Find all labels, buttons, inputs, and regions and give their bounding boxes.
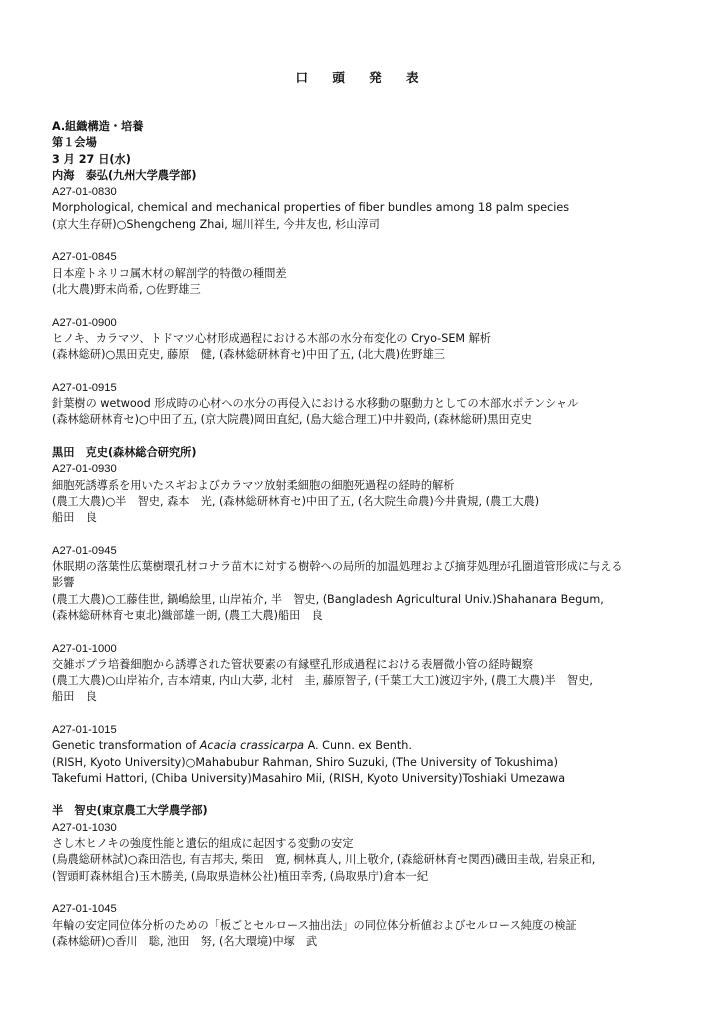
spacer	[52, 706, 692, 722]
presentation-id: A27-01-0900	[52, 315, 692, 331]
presentation-id: A27-01-1045	[52, 901, 692, 917]
species-name: Acacia crassicarpa	[200, 739, 304, 752]
presentation-title: 年輪の安定同位体分析のための「板ごとセルロース抽出法」の同位体分析値およびセルロ…	[52, 918, 692, 934]
session-chair: 黒田 克史(森林総合研究所)	[52, 445, 692, 461]
section-heading: A.組織構造・培養	[52, 119, 692, 135]
presentation-id: A27-01-1030	[52, 820, 692, 836]
spacer	[52, 624, 692, 640]
presentation-id: A27-01-0945	[52, 543, 692, 559]
presentation-title: Genetic transformation of Acacia crassic…	[52, 738, 692, 754]
presentation-title-cont: 影響	[52, 575, 692, 591]
presentation-entry: A27-01-1015 Genetic transformation of Ac…	[52, 722, 692, 787]
presentation-title: Morphological, chemical and mechanical p…	[52, 200, 692, 216]
presentation-authors: (北大農)野末尚希, ○佐野雄三	[52, 282, 692, 298]
title-suffix: A. Cunn. ex Benth.	[304, 739, 412, 752]
presentation-entry: A27-01-0930 細胞死誘導系を用いたスギおよびカラマツ放射柔細胞の細胞死…	[52, 461, 692, 526]
spacer	[52, 787, 692, 803]
presentation-authors-cont: Takefumi Hattori, (Chiba University)Masa…	[52, 771, 692, 787]
presentation-entry: A27-01-1030 さし木ヒノキの強度性能と遺伝的組成に起因する変動の安定 …	[52, 820, 692, 885]
presentation-authors: (RISH, Kyoto University)○Mahabubur Rahma…	[52, 755, 692, 771]
presentation-title: 針葉樹の wetwood 形成時の心材への水分の再侵入における水移動の駆動力とし…	[52, 396, 692, 412]
presentation-id: A27-01-1015	[52, 722, 692, 738]
presentation-entry: A27-01-0915 針葉樹の wetwood 形成時の心材への水分の再侵入に…	[52, 380, 692, 429]
venue-label: 第１会場	[52, 135, 692, 151]
presentation-entry: A27-01-0845 日本産トネリコ属木材の解剖学的特徴の種間差 (北大農)野…	[52, 249, 692, 298]
presentation-entry: A27-01-0830 Morphological, chemical and …	[52, 184, 692, 233]
presentation-entry: A27-01-0945 休眠期の落葉性広葉樹環孔材コナラ苗木に対する樹幹への局所…	[52, 543, 692, 624]
presentation-authors-cont: (智頭町森林組合)玉木勝美, (鳥取県造林公社)植田幸秀, (鳥取県庁)倉本一紀	[52, 869, 692, 885]
presentation-entry: A27-01-1045 年輪の安定同位体分析のための「板ごとセルロース抽出法」の…	[52, 901, 692, 950]
session-chair: 半 智史(東京農工大学農学部)	[52, 803, 692, 819]
spacer	[52, 298, 692, 314]
presentation-authors: (京大生存研)○Shengcheng Zhai, 堀川祥生, 今井友也, 杉山淳…	[52, 217, 692, 233]
presentation-entry: A27-01-0900 ヒノキ、カラマツ、トドマツ心材形成過程における木部の水分…	[52, 315, 692, 364]
presentation-title: ヒノキ、カラマツ、トドマツ心材形成過程における木部の水分布変化の Cryo-SE…	[52, 331, 692, 347]
presentation-title: 交雑ポプラ培養細胞から誘導された管状要素の有縁壁孔形成過程における表層微小管の経…	[52, 657, 692, 673]
presentation-id: A27-01-0830	[52, 184, 692, 200]
session-date: 3 月 27 日(水)	[52, 152, 692, 168]
presentation-authors-cont: 船田 良	[52, 510, 692, 526]
spacer	[52, 233, 692, 249]
presentation-authors: (森林総研林育セ)○中田了五, (京大院農)岡田直紀, (島大総合理工)中井毅尚…	[52, 412, 692, 428]
program-content: A.組織構造・培養 第１会場 3 月 27 日(水) 内海 泰弘(九州大学農学部…	[52, 119, 692, 950]
presentation-id: A27-01-0915	[52, 380, 692, 396]
presentation-entry: A27-01-1000 交雑ポプラ培養細胞から誘導された管状要素の有縁壁孔形成過…	[52, 641, 692, 706]
presentation-id: A27-01-1000	[52, 641, 692, 657]
presentation-title: 休眠期の落葉性広葉樹環孔材コナラ苗木に対する樹幹への局所的加温処理および摘芽処理…	[52, 559, 692, 575]
presentation-title: さし木ヒノキの強度性能と遺伝的組成に起因する変動の安定	[52, 836, 692, 852]
session-chair: 内海 泰弘(九州大学農学部)	[52, 168, 692, 184]
presentation-id: A27-01-0930	[52, 461, 692, 477]
presentation-authors: (農工大農)○山岸祐介, 吉本靖東, 内山大夢, 北村 圭, 藤原智子, (千葉…	[52, 673, 692, 689]
presentation-authors: (鳥農総研林試)○森田浩也, 有吉邦夫, 柴田 寛, 桐林真人, 川上敬介, (…	[52, 852, 692, 868]
spacer	[52, 885, 692, 901]
presentation-authors: (農工大農)○半 智史, 森本 光, (森林総研林育セ)中田了五, (名大院生命…	[52, 494, 692, 510]
presentation-title: 日本産トネリコ属木材の解剖学的特徴の種間差	[52, 266, 692, 282]
presentation-authors-cont: 船田 良	[52, 689, 692, 705]
spacer	[52, 363, 692, 379]
spacer	[52, 526, 692, 542]
presentation-id: A27-01-0845	[52, 249, 692, 265]
page-title: 口 頭 発 表	[0, 68, 724, 86]
spacer	[52, 429, 692, 445]
presentation-authors-cont: (森林総研林育セ東北)織部雄一朗, (農工大農)船田 良	[52, 608, 692, 624]
title-prefix: Genetic transformation of	[52, 739, 200, 752]
presentation-authors: (農工大農)○工藤佳世, 鍋嶋絵里, 山岸祐介, 半 智史, (Banglade…	[52, 592, 692, 608]
presentation-authors: (森林総研)○香川 聡, 池田 努, (名大環境)中塚 武	[52, 934, 692, 950]
presentation-authors: (森林総研)○黒田克史, 藤原 健, (森林総研林育セ)中田了五, (北大農)佐…	[52, 347, 692, 363]
presentation-title: 細胞死誘導系を用いたスギおよびカラマツ放射柔細胞の細胞死過程の経時的解析	[52, 478, 692, 494]
